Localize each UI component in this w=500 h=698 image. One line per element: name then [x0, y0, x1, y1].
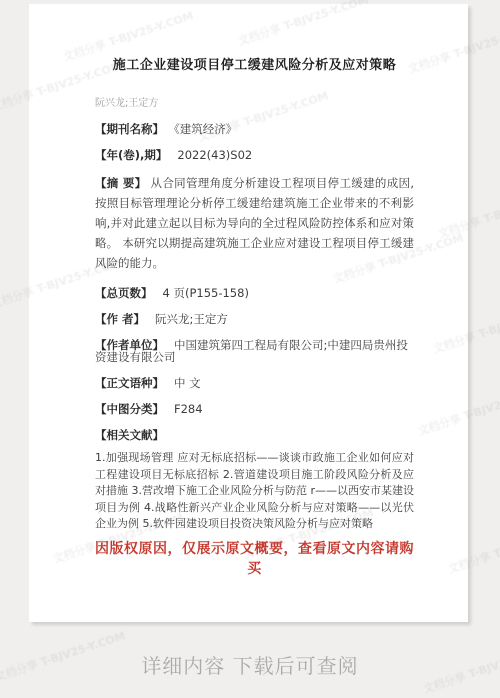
- field-language: 【正文语种】中 文: [95, 377, 414, 389]
- field-value: F284: [174, 402, 203, 416]
- field-year-volume-issue: 【年(卷),期】2022(43)S02: [95, 149, 414, 161]
- page-title: 施工企业建设项目停工缓建风险分析及应对策略: [95, 4, 414, 73]
- field-authors: 【作 者】阮兴龙;王定方: [95, 313, 414, 325]
- field-value: 4 页(P155-158): [163, 286, 249, 300]
- field-value: 阮兴龙;王定方: [155, 312, 228, 326]
- field-label: 【年(卷),期】: [95, 148, 167, 162]
- document-page: 施工企业建设项目停工缓建风险分析及应对策略 阮兴龙;王定方 【期刊名称】《建筑经…: [29, 4, 468, 622]
- field-clc-classification: 【中图分类】F284: [95, 403, 414, 415]
- footer-hint: 详细内容 下载后可查阅: [0, 650, 500, 679]
- field-label: 【期刊名称】: [95, 122, 164, 136]
- document-content: 施工企业建设项目停工缓建风险分析及应对策略 阮兴龙;王定方 【期刊名称】《建筑经…: [29, 4, 468, 622]
- field-label: 【相关文献】: [95, 428, 164, 442]
- field-label: 【作 者】: [95, 312, 145, 326]
- field-journal-name: 【期刊名称】《建筑经济》: [95, 123, 414, 135]
- field-label: 【摘 要】: [95, 176, 147, 190]
- copyright-purchase-notice: 因版权原因，仅展示原文概要，查看原文内容请购买: [95, 538, 414, 578]
- field-label: 【中图分类】: [95, 402, 164, 416]
- field-author-affiliation: 【作者单位】中国建筑第四工程局有限公司;中建四局贵州投资建设有限公司: [95, 339, 414, 363]
- field-related-literature-heading: 【相关文献】: [95, 429, 414, 441]
- field-label: 【正文语种】: [95, 376, 164, 390]
- related-references-list: 1.加强现场管理 应对无标底招标——谈谈市政施工企业如何应对工程建设项目无标底招…: [95, 450, 414, 533]
- byline-authors: 阮兴龙;王定方: [95, 94, 414, 109]
- abstract-paragraph: 【摘 要】从合同管理角度分析建设工程项目停工缓建的成因,按照目标管理理论分析停工…: [95, 173, 414, 273]
- abstract-text: 从合同管理角度分析建设工程项目停工缓建的成因,按照目标管理理论分析停工缓建给建筑…: [95, 176, 414, 270]
- field-label: 【总页数】: [95, 286, 153, 300]
- field-total-pages: 【总页数】4 页(P155-158): [95, 287, 414, 299]
- field-value: 中 文: [174, 376, 201, 390]
- field-value: 2022(43)S02: [177, 148, 252, 162]
- field-value: 《建筑经济》: [174, 122, 237, 136]
